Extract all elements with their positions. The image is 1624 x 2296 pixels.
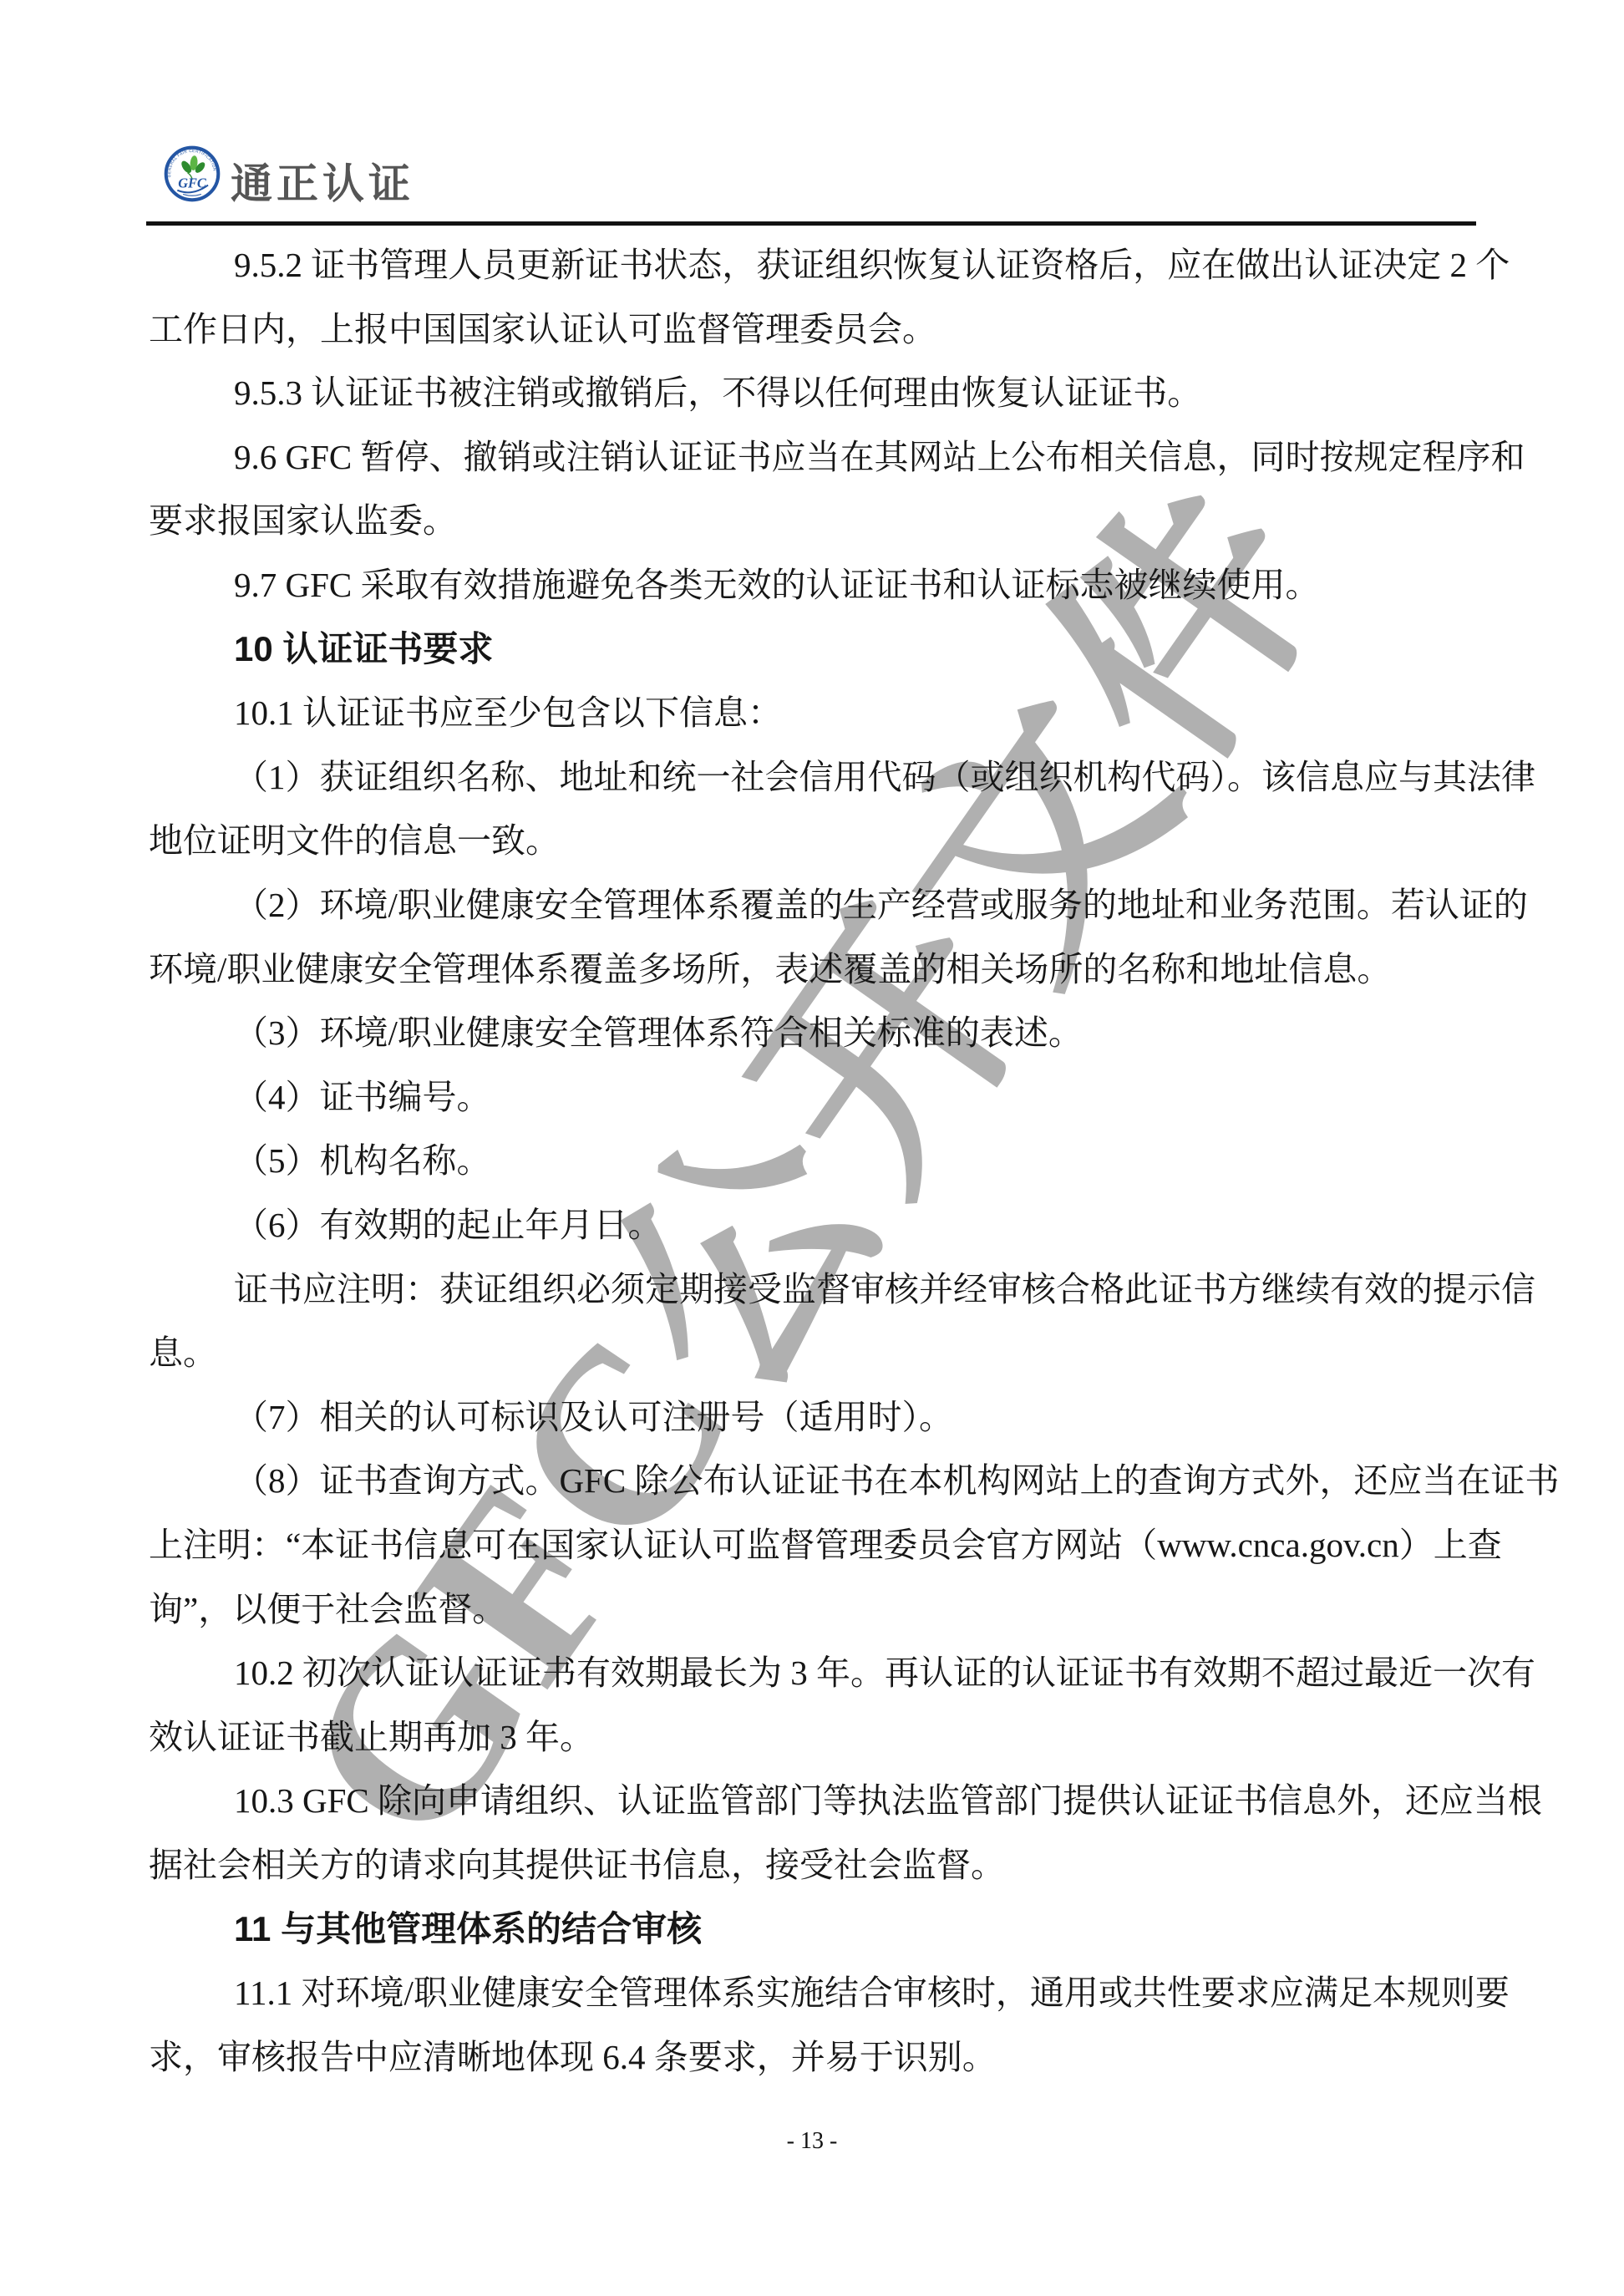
gfc-logo-badge: GENERAL FAIR CERTIFICATION GFC (164, 145, 221, 202)
body-line: 环境/职业健康安全管理体系覆盖多场所，表述覆盖的相关场所的名称和地址信息。 (149, 937, 1475, 1002)
body-line: 证书应注明：获证组织必须定期接受监督审核并经审核合格此证书方继续有效的提示信 (149, 1257, 1475, 1322)
body-line: 10.2 初次认证认证证书有效期最长为 3 年。再认证的认证证书有效期不超过最近… (149, 1640, 1475, 1705)
body-line: 求，审核报告中应清晰地体现 6.4 条要求，并易于识别。 (149, 2024, 1475, 2090)
header-rule (146, 221, 1476, 226)
body-line: 上注明：“本证书信息可在国家认证认可监督管理委员会官方网站（www.cnca.g… (149, 1512, 1475, 1577)
body-line: （3）环境/职业健康安全管理体系符合相关标准的表述。 (149, 1000, 1475, 1065)
body-line: （5）机构名称。 (149, 1128, 1475, 1193)
body-line: （4）证书编号。 (149, 1064, 1475, 1130)
body-line: 9.6 GFC 暂停、撤销或注销认证证书应当在其网站上公布相关信息，同时按规定程… (149, 424, 1475, 490)
body-line: 要求报国家认监委。 (149, 488, 1475, 553)
body-line: 效认证证书截止期再加 3 年。 (149, 1704, 1475, 1770)
body-line: 10.1 认证证书应至少包含以下信息： (149, 680, 1475, 745)
body-line: （7）相关的认可标识及认可注册号（适用时）。 (149, 1384, 1475, 1450)
body-line: 9.5.3 认证证书被注销或撤销后，不得以任何理由恢复认证证书。 (149, 360, 1475, 425)
body-line: 询”，以便于社会监督。 (149, 1577, 1475, 1642)
body-line: 据社会相关方的请求向其提供证书信息，接受社会监督。 (149, 1832, 1475, 1897)
body-line: （6）有效期的起止年月日。 (149, 1192, 1475, 1257)
body-line: 9.7 GFC 采取有效措施避免各类无效的认证证书和认证标志被继续使用。 (149, 552, 1475, 617)
body-line: 地位证明文件的信息一致。 (149, 808, 1475, 873)
section-heading: 11 与其他管理体系的结合审核 (149, 1897, 1475, 1962)
document-page: GFC公开文件 GENERAL FAIR CERTIFICATION GFC 通… (0, 0, 1624, 2296)
section-heading: 10 认证证书要求 (149, 617, 1475, 682)
body-line: 息。 (149, 1320, 1475, 1385)
body-line: （1）获证组织名称、地址和统一社会信用代码（或组织机构代码）。该信息应与其法律 (149, 744, 1475, 810)
body-line: 工作日内，上报中国国家认证认可监督管理委员会。 (149, 297, 1475, 362)
body-line: 9.5.2 证书管理人员更新证书状态，获证组织恢复认证资格后，应在做出认证决定 … (149, 232, 1475, 297)
body-line: （8）证书查询方式。GFC 除公布认证证书在本机构网站上的查询方式外，还应当在证… (149, 1448, 1475, 1513)
page-number: - 13 - (0, 2125, 1624, 2158)
body-line: 10.3 GFC 除向申请组织、认证监管部门等执法监管部门提供认证证书信息外，还… (149, 1768, 1475, 1833)
brand-wordmark: 通正认证 (231, 160, 414, 207)
body-line: （2）环境/职业健康安全管理体系覆盖的生产经营或服务的地址和业务范围。若认证的 (149, 872, 1475, 937)
body-line: 11.1 对环境/职业健康安全管理体系实施结合审核时，通用或共性要求应满足本规则… (149, 1960, 1475, 2025)
